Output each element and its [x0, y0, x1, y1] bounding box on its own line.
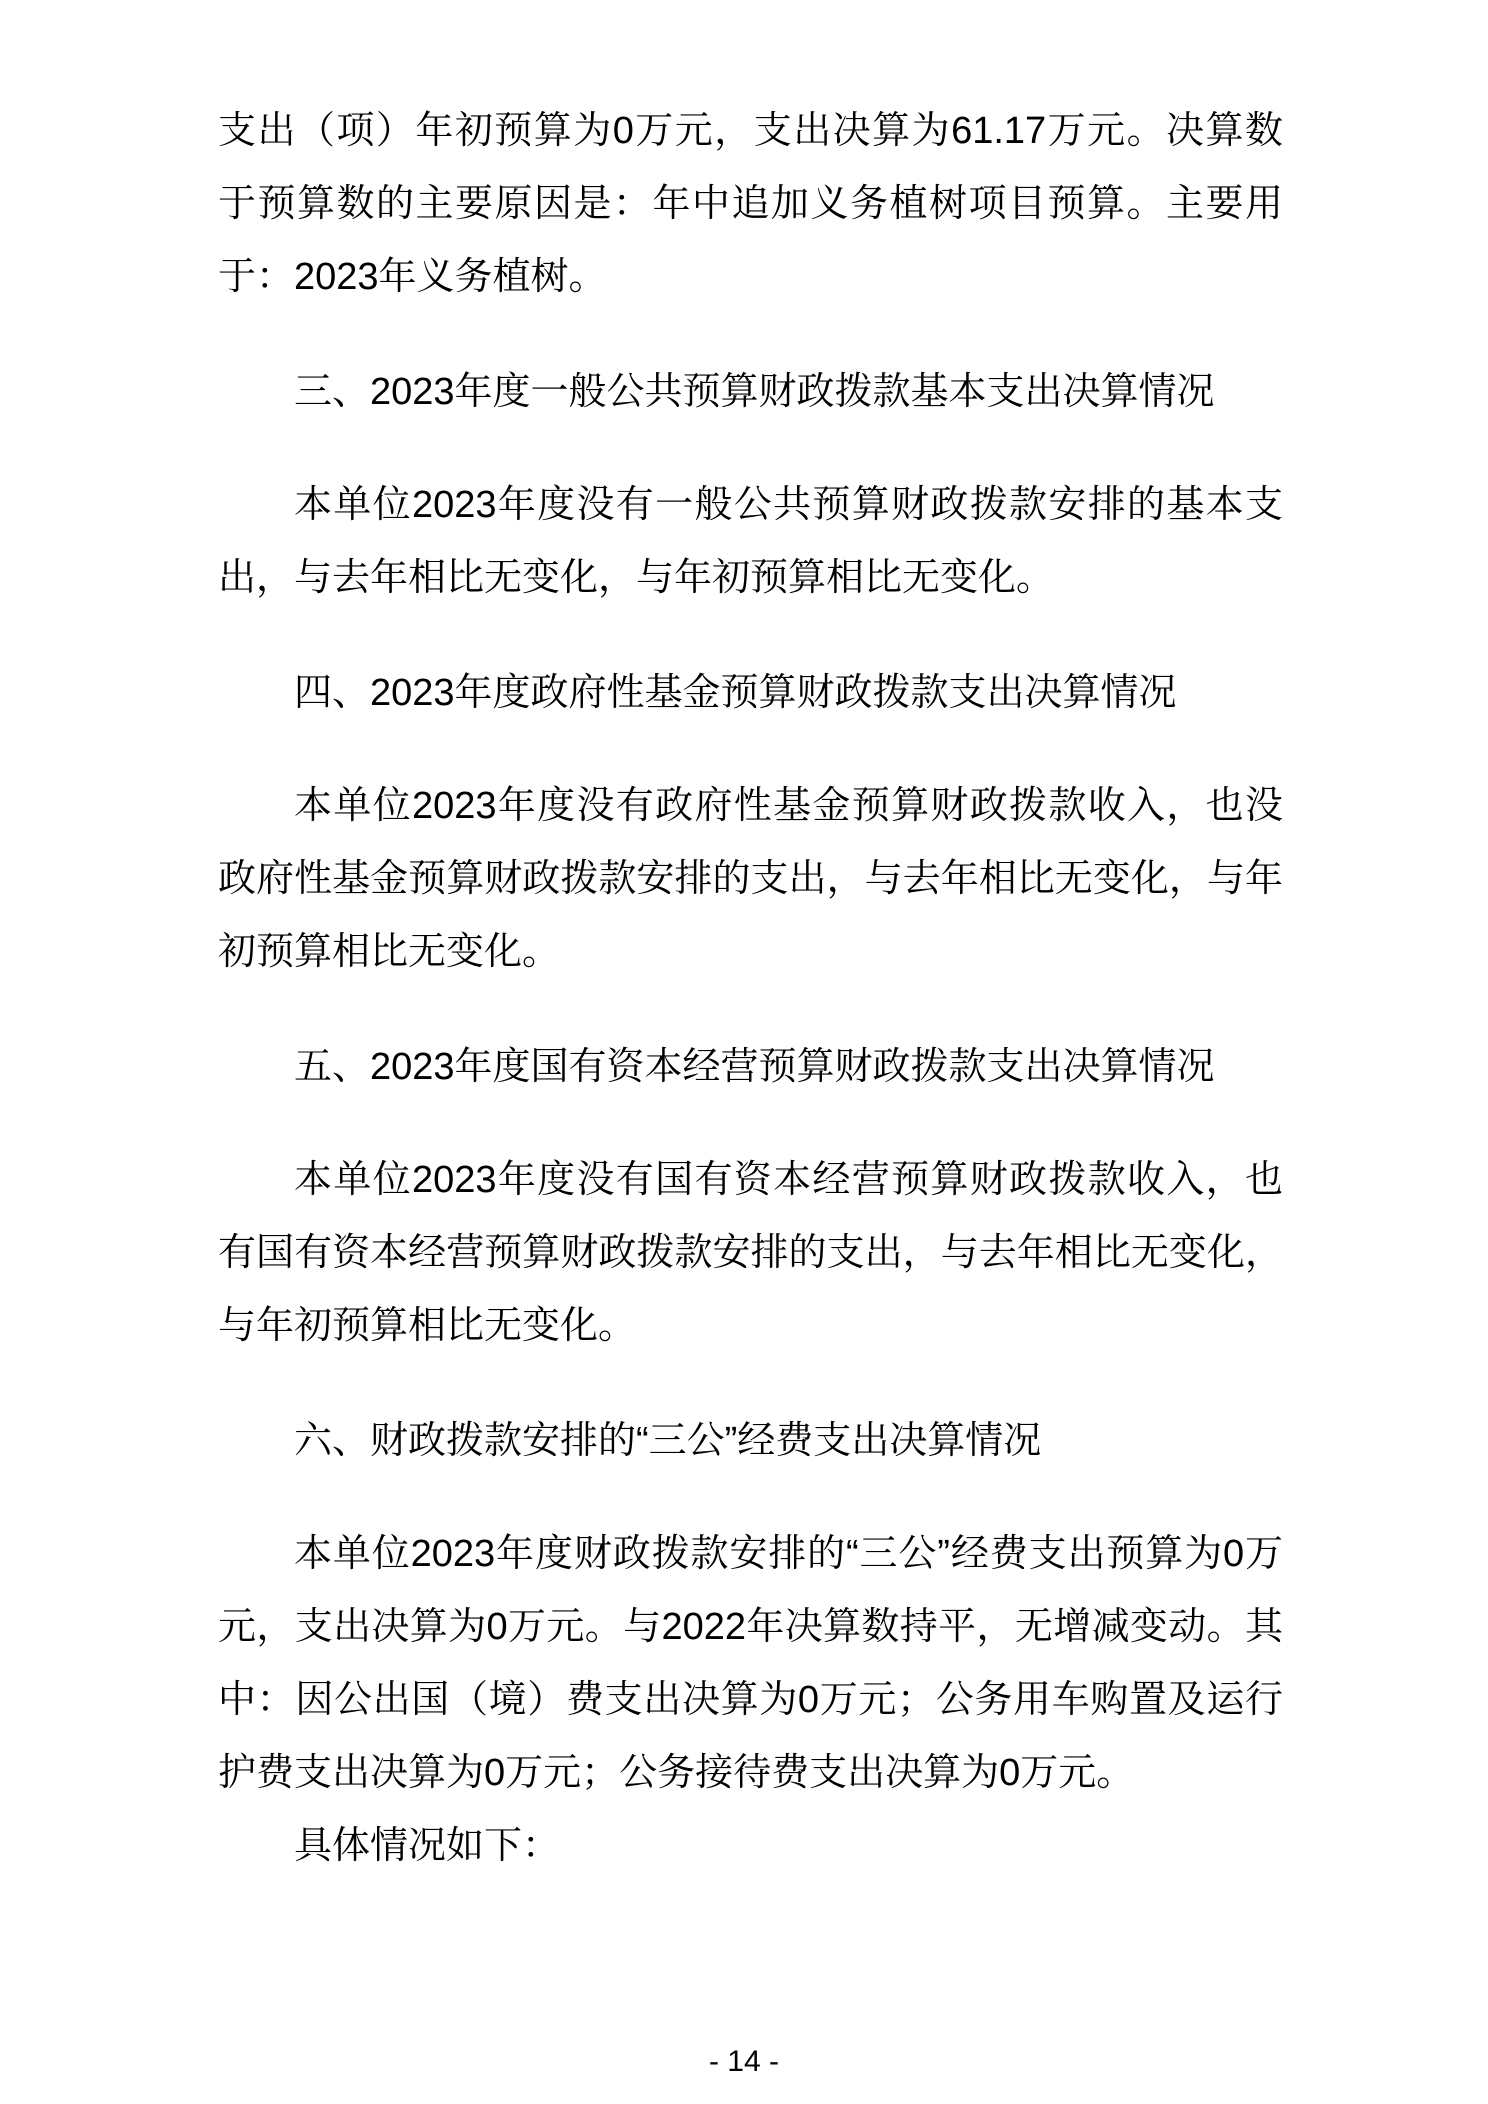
text-line: 本单位2023年度没有国有资本经营预算财政拨款收入，也没 [218, 1144, 1283, 1217]
text-line: 本单位2023年度没有政府性基金预算财政拨款收入，也没有 [218, 770, 1283, 843]
text-line: 与年初预算相比无变化。 [218, 1290, 1283, 1363]
text-line: 于预算数的主要原因是：年中追加义务植树项目预算。主要用 [218, 168, 1283, 241]
text-line: 于：2023年义务植树。 [218, 241, 1283, 314]
text-line: 具体情况如下： [218, 1810, 1283, 1883]
section-heading-three: 三、2023年度一般公共预算财政拨款基本支出决算情况 [218, 356, 1283, 429]
text-line: 有国有资本经营预算财政拨款安排的支出，与去年相比无变化， [218, 1217, 1283, 1290]
paragraph-details-intro: 具体情况如下： [218, 1810, 1283, 1883]
text-line: 初预算相比无变化。 [218, 916, 1283, 989]
page-number: - 14 - [0, 2042, 1488, 2082]
paragraph-section-six: 本单位2023年度财政拨款安排的“三公”经费支出预算为0万 元，支出决算为0万元… [218, 1518, 1283, 1810]
paragraph-section-four: 本单位2023年度没有政府性基金预算财政拨款收入，也没有 政府性基金预算财政拨款… [218, 770, 1283, 989]
text-line: 出，与去年相比无变化，与年初预算相比无变化。 [218, 542, 1283, 615]
section-heading-four: 四、2023年度政府性基金预算财政拨款支出决算情况 [218, 657, 1283, 730]
text-line: 支出（项）年初预算为0万元，支出决算为61.17万元。决算数高 [218, 95, 1283, 168]
text-line: 本单位2023年度财政拨款安排的“三公”经费支出预算为0万 [218, 1518, 1283, 1591]
paragraph-section-three: 本单位2023年度没有一般公共预算财政拨款安排的基本支 出，与去年相比无变化，与… [218, 469, 1283, 615]
section-heading-five: 五、2023年度国有资本经营预算财政拨款支出决算情况 [218, 1031, 1283, 1104]
text-line: 政府性基金预算财政拨款安排的支出，与去年相比无变化，与年 [218, 843, 1283, 916]
document-page: { "page": { "number_label": "- 14 -" }, … [0, 0, 1488, 2104]
paragraph-carryover-project-expenditure: 支出（项）年初预算为0万元，支出决算为61.17万元。决算数高 于预算数的主要原… [218, 95, 1283, 314]
text-line: 护费支出决算为0万元；公务接待费支出决算为0万元。 [218, 1737, 1283, 1810]
section-heading-six: 六、财政拨款安排的“三公”经费支出决算情况 [218, 1405, 1283, 1478]
text-line: 元，支出决算为0万元。与2022年决算数持平，无增减变动。其 [218, 1591, 1283, 1664]
text-line: 本单位2023年度没有一般公共预算财政拨款安排的基本支 [218, 469, 1283, 542]
paragraph-section-five: 本单位2023年度没有国有资本经营预算财政拨款收入，也没 有国有资本经营预算财政… [218, 1144, 1283, 1363]
text-line: 中：因公出国（境）费支出决算为0万元；公务用车购置及运行维 [218, 1664, 1283, 1737]
document-body: 支出（项）年初预算为0万元，支出决算为61.17万元。决算数高 于预算数的主要原… [218, 95, 1283, 1883]
